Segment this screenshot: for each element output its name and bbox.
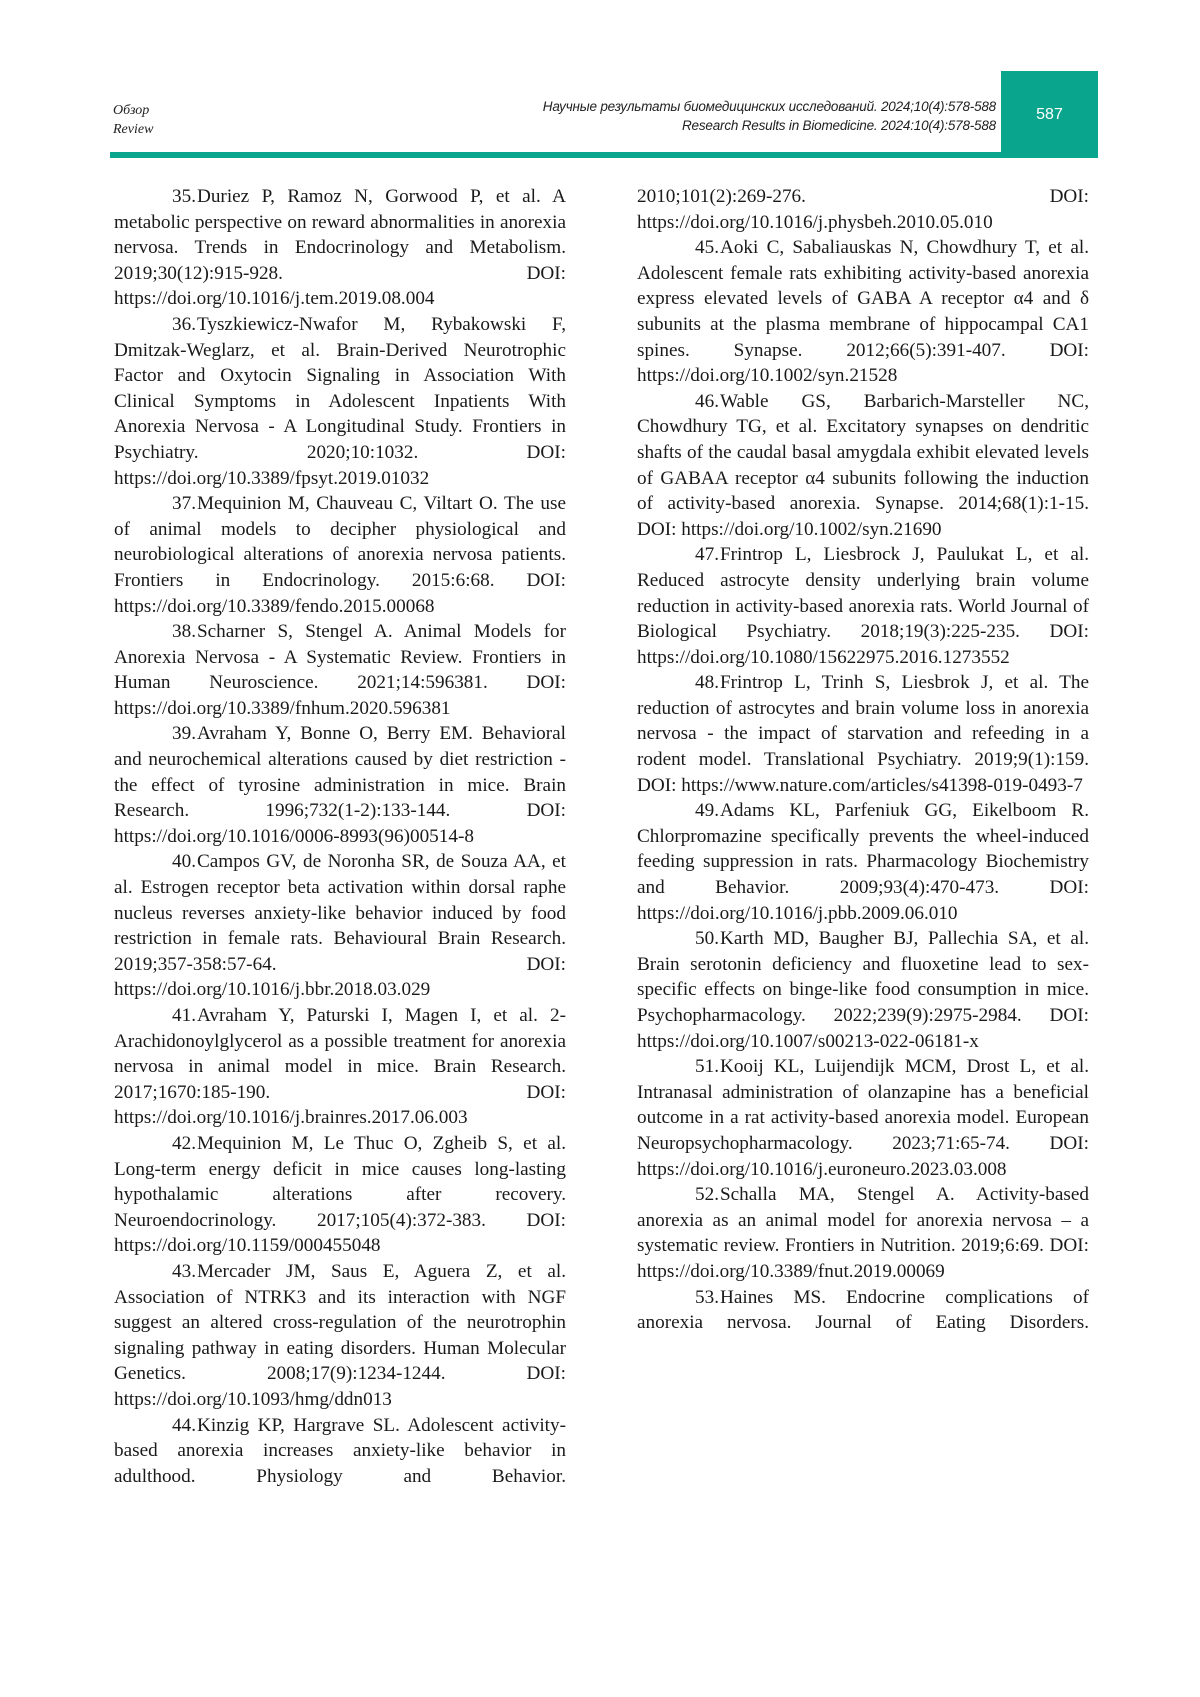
reference-number: 44.	[172, 1415, 196, 1436]
reference-item: 41.Avraham Y, Paturski I, Magen I, et al…	[114, 1003, 566, 1131]
reference-number: 49.	[695, 800, 719, 821]
reference-text: Wable GS, Barbarich-Marsteller NC, Chowd…	[637, 391, 1089, 540]
reference-number: 45.	[695, 237, 719, 258]
reference-item: 51.Kooij KL, Luijendijk MCM, Drost L, et…	[637, 1054, 1089, 1182]
reference-text: Tyszkiewicz-Nwafor M, Rybakowski F, Dmit…	[114, 314, 566, 489]
reference-item: 37.Mequinion M, Chauveau C, Viltart O. T…	[114, 491, 566, 619]
reference-number: 46.	[695, 391, 719, 412]
journal-citation-en: Research Results in Biomedicine. 2024:10…	[543, 116, 996, 135]
reference-column-left: 35.Duriez P, Ramoz N, Gorwood P, et al. …	[114, 184, 566, 1489]
reference-item: 49.Adams KL, Parfeniuk GG, Eikelboom R. …	[637, 798, 1089, 926]
reference-number: 39.	[172, 723, 196, 744]
reference-number: 48.	[695, 672, 719, 693]
reference-item: 35.Duriez P, Ramoz N, Gorwood P, et al. …	[114, 184, 566, 312]
reference-item: 36.Tyszkiewicz-Nwafor M, Rybakowski F, D…	[114, 312, 566, 491]
reference-item: 46.Wable GS, Barbarich-Marsteller NC, Ch…	[637, 389, 1089, 543]
header-rule	[110, 152, 1098, 158]
reference-number: 53.	[695, 1287, 719, 1308]
reference-number: 40.	[172, 851, 196, 872]
reference-number: 38.	[172, 621, 196, 642]
reference-number: 35.	[172, 186, 196, 207]
page-number: 587	[1001, 71, 1098, 158]
reference-item: 44.Kinzig KP, Hargrave SL. Adolescent ac…	[114, 1413, 566, 1490]
reference-text: Aoki C, Sabaliauskas N, Chowdhury T, et …	[637, 237, 1089, 386]
reference-number: 51.	[695, 1056, 719, 1077]
reference-item: 38.Scharner S, Stengel A. Animal Models …	[114, 619, 566, 721]
reference-item: 42.Mequinion M, Le Thuc O, Zgheib S, et …	[114, 1131, 566, 1259]
reference-number: 43.	[172, 1261, 196, 1282]
reference-item: 52.Schalla MA, Stengel A. Activity-based…	[637, 1182, 1089, 1284]
reference-text: Mercader JM, Saus E, Aguera Z, et al. As…	[114, 1261, 566, 1410]
reference-number: 52.	[695, 1184, 719, 1205]
reference-text: Campos GV, de Noronha SR, de Souza AA, e…	[114, 851, 566, 1000]
reference-item: 43.Mercader JM, Saus E, Aguera Z, et al.…	[114, 1259, 566, 1413]
reference-number: 47.	[695, 544, 719, 565]
section-label: Обзор Review	[113, 101, 153, 139]
journal-citation: Научные результаты биомедицинских исслед…	[543, 97, 996, 135]
reference-item: 39.Avraham Y, Bonne O, Berry EM. Behav­i…	[114, 721, 566, 849]
journal-citation-ru: Научные результаты биомедицинских исслед…	[543, 97, 996, 116]
page-header: Обзор Review Научные результаты биомедиц…	[110, 71, 1098, 159]
reference-item: 50.Karth MD, Baugher BJ, Pallechia SA, e…	[637, 926, 1089, 1054]
section-label-en: Review	[113, 120, 153, 139]
reference-item: 47.Frintrop L, Liesbrock J, Paulukat L, …	[637, 542, 1089, 670]
reference-number: 41.	[172, 1005, 196, 1026]
reference-item: 40.Campos GV, de Noronha SR, de Souza AA…	[114, 849, 566, 1003]
reference-number: 50.	[695, 928, 719, 949]
reference-continuation: 2010;101(2):269-276. DOI: https://doi.or…	[637, 184, 1089, 235]
reference-column-right: 2010;101(2):269-276. DOI: https://doi.or…	[637, 184, 1089, 1336]
reference-item: 45.Aoki C, Sabaliauskas N, Chowdhury T, …	[637, 235, 1089, 389]
reference-number: 36.	[172, 314, 196, 335]
reference-item: 53.Haines MS. Endocrine complications of…	[637, 1285, 1089, 1336]
section-label-ru: Обзор	[113, 101, 153, 120]
reference-item: 48.Frintrop L, Trinh S, Liesbrok J, et a…	[637, 670, 1089, 798]
reference-number: 42.	[172, 1133, 196, 1154]
reference-number: 37.	[172, 493, 196, 514]
